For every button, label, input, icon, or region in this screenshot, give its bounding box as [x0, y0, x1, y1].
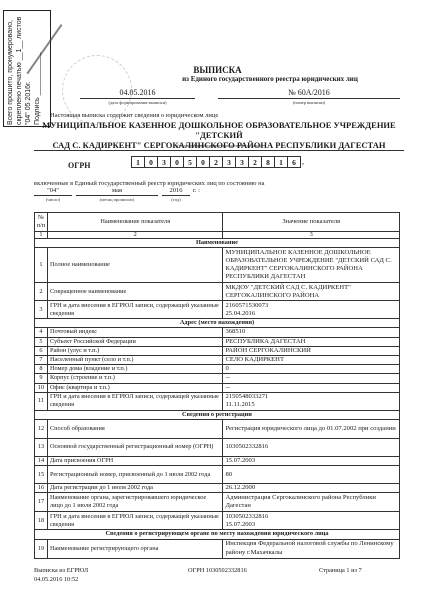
row-number: 6: [35, 346, 48, 355]
row-number: 17: [35, 493, 48, 512]
ogrn-digit-boxes: 1 0 3 0 5 0 2 3 3 2 8 1 6 ,: [131, 156, 304, 168]
grn-date: 25.04.2016: [225, 310, 397, 318]
row-value: МКДОУ "ДЕТСКИЙ САД С. КАДИРКЕНТ" СЕРГОКА…: [223, 283, 400, 301]
row-number: 3: [35, 301, 48, 319]
row-name: Полное наименование: [47, 248, 222, 283]
row-number: 13: [35, 439, 48, 457]
document-title: ВЫПИСКА: [0, 65, 435, 75]
footer-left: Выписка из ЕГРЮЛ 04.05.2016 10:52: [34, 566, 88, 584]
column-header-number: № п/п: [35, 213, 48, 232]
row-number: 18: [35, 512, 48, 530]
included-year: 2016: [162, 187, 190, 196]
column-header-name: Наименование показателя: [47, 213, 222, 232]
included-month: мая: [76, 187, 158, 196]
footer-ogrn: ОГРН 1030502332816: [188, 566, 247, 575]
table-row: 8 Номер дома (владение и т.п.) 0: [35, 365, 400, 374]
row-number: 4: [35, 328, 48, 337]
row-value: Инспекция Федеральной налоговой службы п…: [223, 539, 400, 558]
table-row: 2 Сокращенное наименование МКДОУ "ДЕТСКИ…: [35, 283, 400, 301]
included-year-caption: (год): [162, 197, 190, 202]
included-month-caption: (месяц прописью): [76, 197, 158, 202]
ogrn-label: ОГРН: [68, 161, 90, 170]
footer-timestamp: 04.05.2016 10:52: [34, 575, 88, 584]
ogrn-digit: 3: [157, 156, 171, 168]
row-name: Дата регистрации до 1 июля 2002 года: [47, 484, 222, 493]
included-year-suffix: г. :: [193, 187, 200, 194]
row-number: 14: [35, 457, 48, 466]
row-name: Регистрационный номер, присвоенный до 1 …: [47, 466, 222, 484]
section-title: Сведения о регистрирующем органе по мест…: [35, 530, 400, 539]
row-name: Дата присвоения ОГРН: [47, 457, 222, 466]
ogrn-digit: 3: [222, 156, 236, 168]
extract-number-caption: (номер выписки): [218, 100, 400, 105]
section-header-row: Наименование: [35, 239, 400, 248]
grn-date: 11.11.2015: [225, 401, 397, 409]
row-number: 12: [35, 420, 48, 439]
table-row: 17 Наименование органа, зарегистрировавш…: [35, 493, 400, 512]
ogrn-digit: 0: [170, 156, 184, 168]
row-value: 80: [223, 466, 400, 484]
row-value: 1030502332816 15.07.2003: [223, 512, 400, 530]
row-number: 8: [35, 365, 48, 374]
row-name: Наименование органа, зарегистрировавшего…: [47, 493, 222, 512]
row-value: МУНИЦИПАЛЬНОЕ КАЗЕННОЕ ДОШКОЛЬНОЕ ОБРАЗО…: [223, 248, 400, 283]
table-index-row: 1 2 3: [35, 232, 400, 239]
ogrn-digit: 5: [183, 156, 197, 168]
table-row: 4 Почтовый индекс 368510: [35, 328, 400, 337]
footer-extract-label: Выписка из ЕГРЮЛ: [34, 566, 88, 575]
ogrn-digit: 0: [196, 156, 210, 168]
row-value: СЕЛО КАДИРКЕНТ: [223, 356, 400, 365]
section-header-row: Сведения о регистрации: [35, 410, 400, 419]
row-value: Регистрация юридического лица до 01.07.2…: [223, 420, 400, 439]
row-value: 2160571530073 25.04.2016: [223, 301, 400, 319]
row-value: 26.12.2000: [223, 484, 400, 493]
row-value: РЕСПУБЛИКА ДАГЕСТАН: [223, 337, 400, 346]
ogrn-digit: 6: [287, 156, 301, 168]
section-title: Наименование: [35, 239, 400, 248]
ogrn-digit: 2: [209, 156, 223, 168]
row-number: 9: [35, 374, 48, 383]
included-text: включенные в Единый государственный реес…: [34, 180, 265, 187]
extract-date-field: 04.05.2016: [80, 88, 195, 99]
row-name: Район (улус и т.п.): [47, 346, 222, 355]
extract-number-field: № 60А/2016: [218, 88, 400, 99]
grn-value: 1030502332816: [225, 513, 397, 521]
row-name: Основной государственный регистрационный…: [47, 439, 222, 457]
row-value: 15.07.2003: [223, 457, 400, 466]
footer-page-number: Страница 1 из 7: [319, 566, 362, 575]
row-name: Сокращенное наименование: [47, 283, 222, 301]
ogrn-trailing: ,: [302, 156, 304, 168]
row-value: 2150548033271 11.11.2015: [223, 392, 400, 410]
ogrn-digit: 3: [235, 156, 249, 168]
table-row: 3 ГРН и дата внесения в ЕГРЮЛ записи, со…: [35, 301, 400, 319]
row-number: 2: [35, 283, 48, 301]
row-number: 16: [35, 484, 48, 493]
org-name-caption: (полное наименование юридического лица): [34, 143, 404, 148]
table-row: 6 Район (улус и т.п.) РАЙОН СЕРГОКАЛИНСК…: [35, 346, 400, 355]
registry-table: № п/п Наименование показателя Значение п…: [34, 212, 400, 559]
index-cell: 2: [47, 232, 222, 239]
grn-value: 2150548033271: [225, 393, 397, 401]
row-number: 11: [35, 392, 48, 410]
ogrn-digit: 8: [261, 156, 275, 168]
table-row: 19 Наименование регистрирующего органа И…: [35, 539, 400, 558]
row-number: 15: [35, 466, 48, 484]
table-row: 14 Дата присвоения ОГРН 15.07.2003: [35, 457, 400, 466]
row-name: Почтовый индекс: [47, 328, 222, 337]
table-header-row: № п/п Наименование показателя Значение п…: [35, 213, 400, 232]
row-number: 1: [35, 248, 48, 283]
row-value: 0: [223, 365, 400, 374]
row-number: 10: [35, 383, 48, 392]
row-number: 7: [35, 356, 48, 365]
table-row: 10 Офис (квартира и т.п.) --: [35, 383, 400, 392]
index-cell: 1: [35, 232, 48, 239]
section-title: Сведения о регистрации: [35, 410, 400, 419]
table-row: 13 Основной государственный регистрацион…: [35, 439, 400, 457]
row-name: Населенный пункт (село и т.п.): [47, 356, 222, 365]
row-number: 5: [35, 337, 48, 346]
row-value: РАЙОН СЕРГОКАЛИНСКИЙ: [223, 346, 400, 355]
included-day: "04": [34, 187, 72, 196]
row-number: 19: [35, 539, 48, 558]
section-header-row: Сведения о регистрирующем органе по мест…: [35, 530, 400, 539]
row-value: --: [223, 374, 400, 383]
index-cell: 3: [223, 232, 400, 239]
grn-date: 15.07.2003: [225, 521, 397, 529]
row-name: Способ образования: [47, 420, 222, 439]
table-row: 1 Полное наименование МУНИЦИПАЛЬНОЕ КАЗЕ…: [35, 248, 400, 283]
ogrn-digit: 2: [248, 156, 262, 168]
intro-text: Настоящая выписка содержит сведения о юр…: [50, 112, 218, 119]
grn-value: 2160571530073: [225, 302, 397, 310]
table-row: 9 Корпус (строение и т.п.) --: [35, 374, 400, 383]
row-value: --: [223, 383, 400, 392]
row-name: Субъект Российской Федерации: [47, 337, 222, 346]
section-header-row: Адрес (место нахождения): [35, 319, 400, 328]
row-name: Офис (квартира и т.п.): [47, 383, 222, 392]
table-row: 16 Дата регистрации до 1 июля 2002 года …: [35, 484, 400, 493]
row-name: ГРН и дата внесения в ЕГРЮЛ записи, соде…: [47, 512, 222, 530]
ogrn-digit: 0: [144, 156, 158, 168]
document-subtitle: из Единого государственного реестра юрид…: [110, 75, 430, 83]
table-row: 12 Способ образования Регистрация юридич…: [35, 420, 400, 439]
table-row: 15 Регистрационный номер, присвоенный до…: [35, 466, 400, 484]
row-value: 368510: [223, 328, 400, 337]
included-day-caption: (число): [34, 197, 72, 202]
row-value: 1030502332816: [223, 439, 400, 457]
row-name: ГРН и дата внесения в ЕГРЮЛ записи, соде…: [47, 392, 222, 410]
row-name: Номер дома (владение и т.п.): [47, 365, 222, 374]
ogrn-digit: 1: [274, 156, 288, 168]
row-name: Корпус (строение и т.п.): [47, 374, 222, 383]
row-value: Администрация Сергокалинского района Рес…: [223, 493, 400, 512]
table-row: 11 ГРН и дата внесения в ЕГРЮЛ записи, с…: [35, 392, 400, 410]
section-title: Адрес (место нахождения): [35, 319, 400, 328]
ogrn-digit: 1: [131, 156, 145, 168]
column-header-value: Значение показателя: [223, 213, 400, 232]
row-name: ГРН и дата внесения в ЕГРЮЛ записи, соде…: [47, 301, 222, 319]
table-row: 7 Населенный пункт (село и т.п.) СЕЛО КА…: [35, 356, 400, 365]
org-name-line: МУНИЦИПАЛЬНОЕ КАЗЕННОЕ ДОШКОЛЬНОЕ ОБРАЗО…: [34, 120, 404, 140]
table-row: 18 ГРН и дата внесения в ЕГРЮЛ записи, с…: [35, 512, 400, 530]
row-name: Наименование регистрирующего органа: [47, 539, 222, 558]
extract-date-caption: (дата формирования выписки): [80, 100, 195, 105]
table-row: 5 Субъект Российской Федерации РЕСПУБЛИК…: [35, 337, 400, 346]
